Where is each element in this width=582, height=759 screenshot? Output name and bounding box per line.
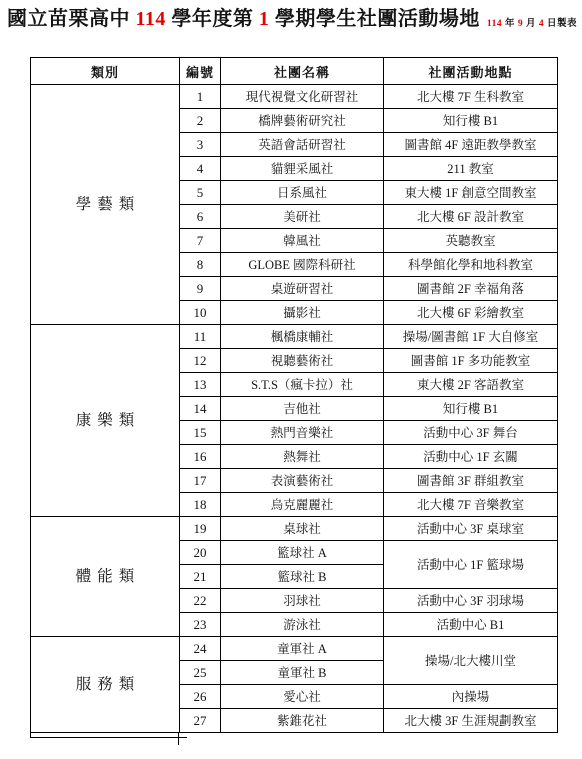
club-location-cell: 活動中心 1F 籃球場 — [384, 541, 558, 589]
club-location-cell: 211 教室 — [384, 157, 558, 181]
category-cell: 體能類 — [31, 517, 180, 637]
club-number-cell: 13 — [180, 373, 221, 397]
club-name-cell: 攝影社 — [221, 301, 384, 325]
date-day-unit: 日製表 — [544, 19, 577, 29]
club-location-cell: 科學館化學和地科教室 — [384, 253, 558, 277]
header-club-name: 社團名稱 — [221, 58, 384, 85]
table-row: 康樂類11楓橋康輔社操場/圖書館 1F 大自修室 — [31, 325, 558, 349]
club-location-cell: 知行樓 B1 — [384, 397, 558, 421]
club-location-cell: 內操場 — [384, 685, 558, 709]
club-number-cell: 25 — [180, 661, 221, 685]
club-number-cell: 8 — [180, 253, 221, 277]
title-text-3: 學期學生社團活動場地 — [269, 8, 480, 30]
club-name-cell: 童軍社 B — [221, 661, 384, 685]
club-name-cell: 熱門音樂社 — [221, 421, 384, 445]
date-year-unit: 年 — [502, 19, 518, 29]
club-location-cell: 北大樓 7F 生科教室 — [384, 85, 558, 109]
club-location-cell: 圖書館 2F 幸福角落 — [384, 277, 558, 301]
club-name-cell: 羽球社 — [221, 589, 384, 613]
club-location-cell: 圖書館 3F 群組教室 — [384, 469, 558, 493]
club-location-cell: 活動中心 3F 桌球室 — [384, 517, 558, 541]
club-location-cell: 圖書館 1F 多功能教室 — [384, 349, 558, 373]
club-name-cell: 烏克麗麗社 — [221, 493, 384, 517]
club-number-cell: 12 — [180, 349, 221, 373]
category-cell: 服務類 — [31, 637, 180, 733]
club-location-cell: 活動中心 3F 舞台 — [384, 421, 558, 445]
category-cell: 康樂類 — [31, 325, 180, 517]
club-name-cell: 童軍社 A — [221, 637, 384, 661]
club-name-cell: 現代視覺文化研習社 — [221, 85, 384, 109]
club-name-cell: 楓橋康輔社 — [221, 325, 384, 349]
club-name-cell: 美研社 — [221, 205, 384, 229]
club-location-cell: 英聽教室 — [384, 229, 558, 253]
header-row: 類別 編號 社團名稱 社團活動地點 — [31, 58, 558, 85]
title-row: 國立苗栗高中 114 學年度第 1 學期學生社團活動場地 114 年 9 月 4… — [7, 6, 579, 32]
club-number-cell: 17 — [180, 469, 221, 493]
club-location-cell: 北大樓 6F 設計教室 — [384, 205, 558, 229]
header-location: 社團活動地點 — [384, 58, 558, 85]
table-row: 體能類19桌球社活動中心 3F 桌球室 — [31, 517, 558, 541]
title-text-2: 學年度第 — [166, 8, 259, 30]
column-divider-stub — [178, 733, 179, 745]
club-name-cell: 英語會話研習社 — [221, 133, 384, 157]
club-number-cell: 26 — [180, 685, 221, 709]
club-number-cell: 11 — [180, 325, 221, 349]
club-name-cell: 愛心社 — [221, 685, 384, 709]
club-table-body: 學藝類1現代視覺文化研習社北大樓 7F 生科教室2橋牌藝術研究社知行樓 B13英… — [31, 85, 558, 733]
club-number-cell: 4 — [180, 157, 221, 181]
club-location-cell: 操場/圖書館 1F 大自修室 — [384, 325, 558, 349]
club-number-cell: 5 — [180, 181, 221, 205]
date-month-unit: 月 — [523, 19, 539, 29]
club-name-cell: 紫錐花社 — [221, 709, 384, 733]
table-header: 類別 編號 社團名稱 社團活動地點 — [31, 58, 558, 85]
club-location-cell: 操場/北大樓川堂 — [384, 637, 558, 685]
club-number-cell: 1 — [180, 85, 221, 109]
club-number-cell: 6 — [180, 205, 221, 229]
club-name-cell: 韓風社 — [221, 229, 384, 253]
category-cell: 學藝類 — [31, 85, 180, 325]
club-location-cell: 活動中心 3F 羽球場 — [384, 589, 558, 613]
title-term: 1 — [259, 8, 270, 30]
date-note: 114 年 9 月 4 日製表 — [487, 15, 577, 32]
category-cell-bottom-border-stub — [30, 737, 187, 738]
club-name-cell: 橋牌藝術研究社 — [221, 109, 384, 133]
table-row: 服務類24童軍社 A操場/北大樓川堂 — [31, 637, 558, 661]
club-name-cell: 表演藝術社 — [221, 469, 384, 493]
club-name-cell: GLOBE 國際科研社 — [221, 253, 384, 277]
title-year: 114 — [136, 8, 166, 30]
club-number-cell: 24 — [180, 637, 221, 661]
document-page: 國立苗栗高中 114 學年度第 1 學期學生社團活動場地 114 年 9 月 4… — [0, 0, 582, 759]
club-name-cell: 熱舞社 — [221, 445, 384, 469]
club-number-cell: 3 — [180, 133, 221, 157]
club-number-cell: 9 — [180, 277, 221, 301]
club-number-cell: 18 — [180, 493, 221, 517]
club-name-cell: 貓貍采風社 — [221, 157, 384, 181]
date-year: 114 — [487, 19, 502, 29]
header-category: 類別 — [31, 58, 180, 85]
title-text-1: 國立苗栗高中 — [7, 8, 136, 30]
club-number-cell: 21 — [180, 565, 221, 589]
club-number-cell: 22 — [180, 589, 221, 613]
club-number-cell: 16 — [180, 445, 221, 469]
club-name-cell: 視聽藝術社 — [221, 349, 384, 373]
club-name-cell: 桌遊研習社 — [221, 277, 384, 301]
club-location-cell: 北大樓 7F 音樂教室 — [384, 493, 558, 517]
club-number-cell: 10 — [180, 301, 221, 325]
club-location-cell: 東大樓 1F 創意空間教室 — [384, 181, 558, 205]
club-number-cell: 27 — [180, 709, 221, 733]
club-location-cell: 知行樓 B1 — [384, 109, 558, 133]
page-title: 國立苗栗高中 114 學年度第 1 學期學生社團活動場地 — [7, 6, 480, 32]
club-name-cell: 籃球社 B — [221, 565, 384, 589]
club-name-cell: 籃球社 A — [221, 541, 384, 565]
club-number-cell: 2 — [180, 109, 221, 133]
club-name-cell: 日系風社 — [221, 181, 384, 205]
club-location-cell: 活動中心 B1 — [384, 613, 558, 637]
club-name-cell: S.T.S（瘋卡拉）社 — [221, 373, 384, 397]
club-table-wrap: 類別 編號 社團名稱 社團活動地點 學藝類1現代視覺文化研習社北大樓 7F 生科… — [30, 57, 557, 733]
club-number-cell: 23 — [180, 613, 221, 637]
club-number-cell: 20 — [180, 541, 221, 565]
club-number-cell: 15 — [180, 421, 221, 445]
club-number-cell: 19 — [180, 517, 221, 541]
club-location-cell: 東大樓 2F 客語教室 — [384, 373, 558, 397]
club-location-table: 類別 編號 社團名稱 社團活動地點 學藝類1現代視覺文化研習社北大樓 7F 生科… — [30, 57, 558, 733]
header-number: 編號 — [180, 58, 221, 85]
club-location-cell: 北大樓 3F 生涯規劃教室 — [384, 709, 558, 733]
club-name-cell: 吉他社 — [221, 397, 384, 421]
club-name-cell: 桌球社 — [221, 517, 384, 541]
table-row: 學藝類1現代視覺文化研習社北大樓 7F 生科教室 — [31, 85, 558, 109]
club-number-cell: 14 — [180, 397, 221, 421]
club-location-cell: 北大樓 6F 彩繪教室 — [384, 301, 558, 325]
club-name-cell: 游泳社 — [221, 613, 384, 637]
club-location-cell: 活動中心 1F 玄關 — [384, 445, 558, 469]
club-number-cell: 7 — [180, 229, 221, 253]
club-location-cell: 圖書館 4F 遠距教學教室 — [384, 133, 558, 157]
